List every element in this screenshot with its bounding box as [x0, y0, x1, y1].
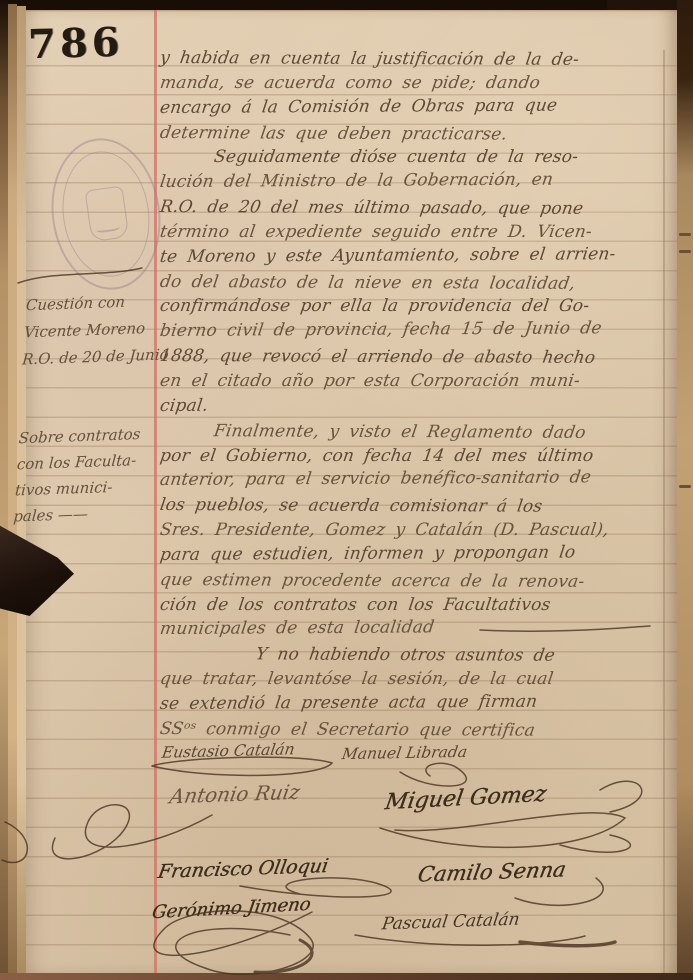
body-line: R.O. de 20 del mes último pasado, que po…: [158, 195, 669, 222]
body-text: y habida en cuenta la justificación de l…: [160, 46, 668, 742]
oval-seal-stamp-icon: [42, 131, 170, 297]
body-line: bierno civil de provincia, fecha 15 de J…: [158, 316, 670, 344]
body-line: lución del Ministro de la Gobernación, e…: [158, 167, 670, 195]
signature-pascual-catalan: Pascual Catalán: [381, 910, 521, 935]
page-number: 786: [27, 19, 124, 68]
body-line: do del abasto de la nieve en esta locali…: [158, 270, 669, 297]
book-page-edges-right: [677, 0, 693, 980]
body-line: Finalmente, y visto el Reglamento dado: [158, 419, 669, 446]
body-line: término al expediente seguido entre D. V…: [158, 220, 669, 245]
body-line: que tratar, levantóse la sesión, de la c…: [158, 667, 669, 692]
table-background-bottom: [0, 973, 693, 980]
margin-note-line: pales ——: [12, 499, 149, 530]
page-edge-mark: [679, 250, 691, 253]
page-edge-mark: [679, 485, 691, 488]
body-line: anterior, para el servicio benéfico-sani…: [158, 465, 670, 493]
margin-note-line: R.O. de 20 de Junio: [21, 342, 158, 374]
red-margin-rule: [154, 10, 157, 973]
margin-note-cuestion-vicente-moreno: Cuestión con Vicente Moreno R.O. de 20 d…: [21, 288, 162, 374]
body-line: municipales de esta localidad: [158, 614, 670, 642]
margin-note-line: con los Faculta-: [16, 447, 153, 478]
signature-camilo-senna: Camilo Senna: [416, 857, 568, 886]
body-line: en el citado año por esta Corporación mu…: [158, 369, 669, 394]
body-line: se extendió la presente acta que firman: [158, 689, 670, 717]
body-line: 1888, que revocó el arriendo de abasto h…: [158, 344, 669, 371]
body-line: que estimen procedente acerca de la reno…: [158, 568, 669, 595]
body-line: encargo á la Comisión de Obras para que: [158, 93, 670, 121]
body-line: Y no habiendo otros asuntos de: [158, 642, 669, 669]
body-line: y habida en cuenta la justificación de l…: [158, 46, 669, 73]
body-line: SSᵒˢ conmigo el Secretario que certifica: [158, 717, 669, 744]
page-edge-mark: [679, 233, 691, 236]
paper-page: 786 Cuestión con Vicente Moreno R.O. de …: [26, 10, 677, 973]
body-line: para que estudien, informen y propongan …: [158, 540, 670, 568]
signature-francisco-olloqui: Francisco Olloqui: [156, 855, 330, 883]
body-line: te Moreno y este Ayuntamiento, sobre el …: [158, 242, 670, 270]
seal-crest: [85, 185, 130, 242]
signature-eustasio-catalan: Eustasio Catalán: [161, 740, 296, 762]
signature-manuel-librada: Manuel Librada: [341, 743, 469, 763]
body-line: cipal.: [158, 391, 670, 419]
book-edge-left-outer: [0, 0, 8, 980]
signature-geronimo-jimeno: Gerónimo Jimeno: [150, 894, 312, 924]
body-line: manda, se acuerda como se pide; dando: [158, 71, 669, 96]
manuscript-scan: 786 Cuestión con Vicente Moreno R.O. de …: [0, 0, 693, 980]
body-line: Sres. Presidente, Gomez y Catalán (D. Pa…: [158, 518, 669, 543]
margin-note-contratos-facultativos: Sobre contratos con los Faculta- tivos m…: [12, 420, 154, 529]
signature-antonio-ruiz: Antonio Ruiz: [168, 780, 302, 809]
signature-miguel-gomez: Miguel Gomez: [383, 782, 548, 816]
body-line: los pueblos, se acuerda comisionar á los: [158, 493, 669, 520]
body-line: determine las que deben practicarse.: [158, 121, 669, 148]
